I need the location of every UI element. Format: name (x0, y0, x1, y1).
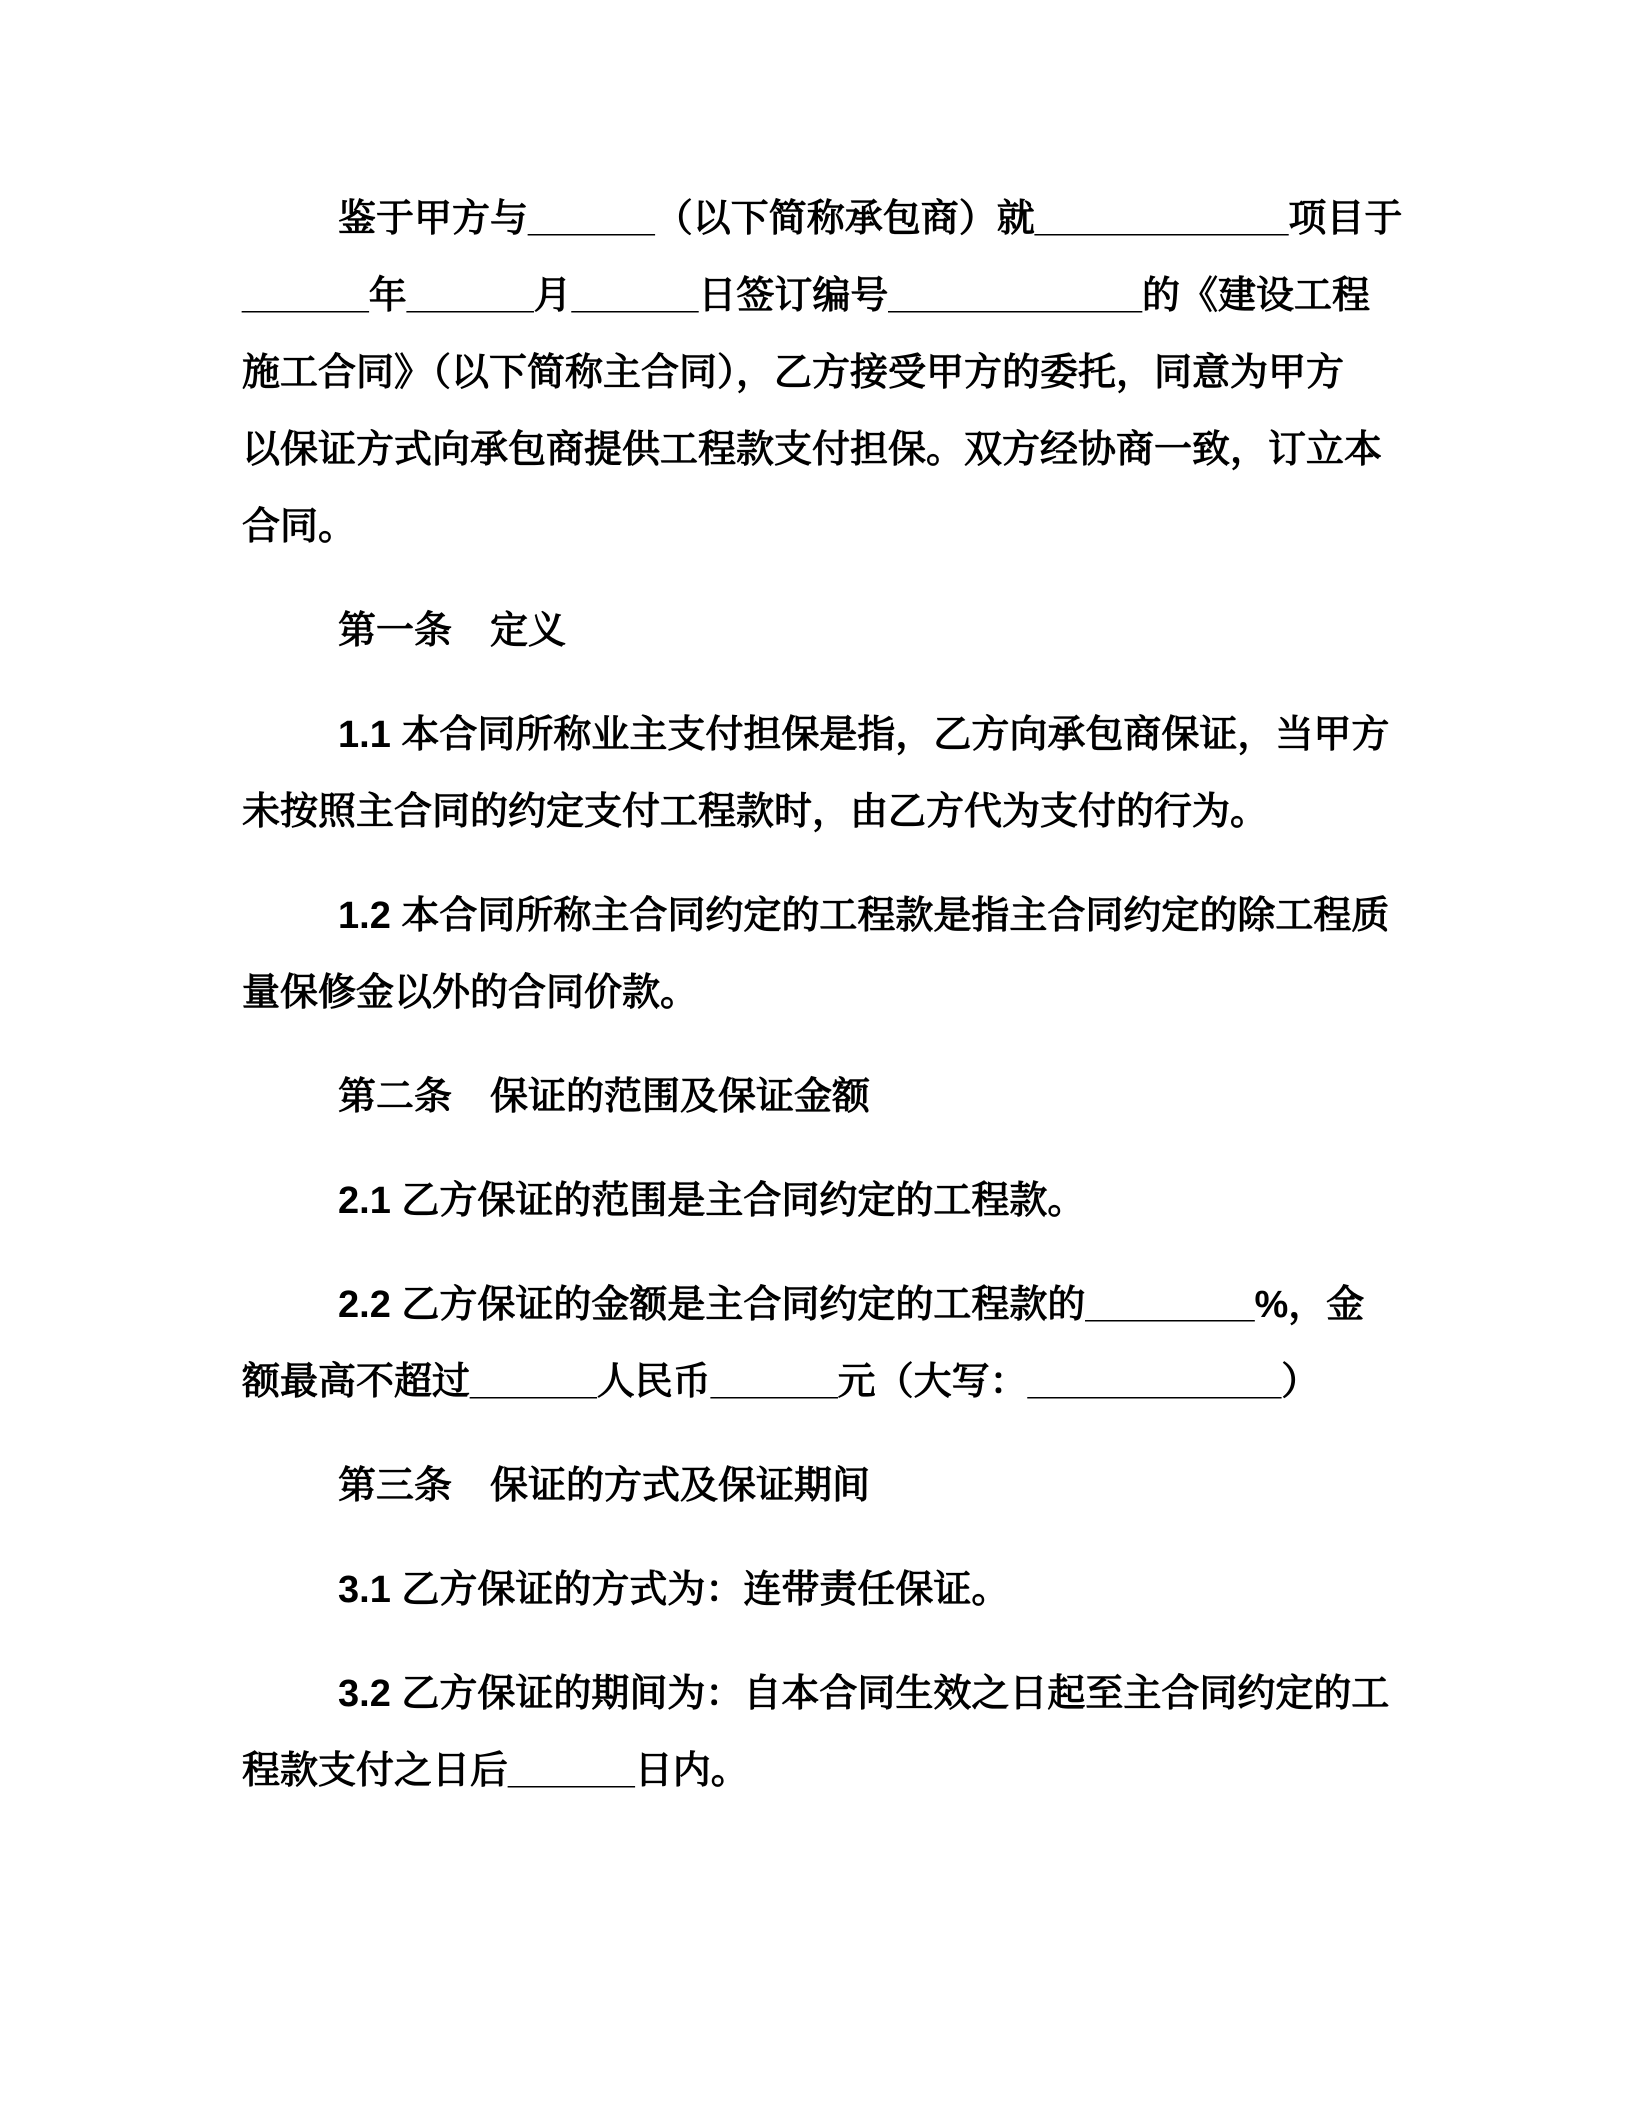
contract-line: 1.2 本合同所称主合同约定的工程款是指主合同约定的除工程质 (242, 878, 1394, 955)
heading-article-1: 第一条 定义 (242, 593, 1394, 670)
heading-article-2: 第二条 保证的范围及保证金额 (242, 1059, 1394, 1136)
contract-line: 3.2 乙方保证的期间为：自本合同生效之日起至主合同约定的工 (242, 1656, 1394, 1733)
contract-line: 量保修金以外的合同价款。 (242, 955, 1394, 1032)
contract-line: 施工合同》（以下简称主合同），乙方接受甲方的委托，同意为甲方 (242, 335, 1394, 412)
contract-line: 未按照主合同的约定支付工程款时，由乙方代为支付的行为。 (242, 774, 1394, 851)
contract-line: 3.1 乙方保证的方式为：连带责任保证。 (242, 1552, 1394, 1629)
contract-line: 以保证方式向承包商提供工程款支付担保。双方经协商一致，订立本 (242, 412, 1394, 489)
contract-line: ______年______月______日签订编号____________的《建… (242, 258, 1394, 335)
contract-line: 合同。 (242, 489, 1394, 566)
contract-page: 鉴于甲方与______（以下简称承包商）就____________项目于 ___… (0, 0, 1632, 2112)
contract-line: 鉴于甲方与______（以下简称承包商）就____________项目于 (242, 181, 1394, 258)
heading-article-3: 第三条 保证的方式及保证期间 (242, 1448, 1394, 1525)
contract-line: 2.1 乙方保证的范围是主合同约定的工程款。 (242, 1163, 1394, 1240)
contract-line: 程款支付之日后______日内。 (242, 1733, 1394, 1810)
contract-line: 2.2 乙方保证的金额是主合同约定的工程款的________%，金 (242, 1267, 1394, 1344)
contract-line: 1.1 本合同所称业主支付担保是指，乙方向承包商保证，当甲方 (242, 697, 1394, 774)
contract-line: 额最高不超过______人民币______元（大写：____________） (242, 1344, 1394, 1421)
